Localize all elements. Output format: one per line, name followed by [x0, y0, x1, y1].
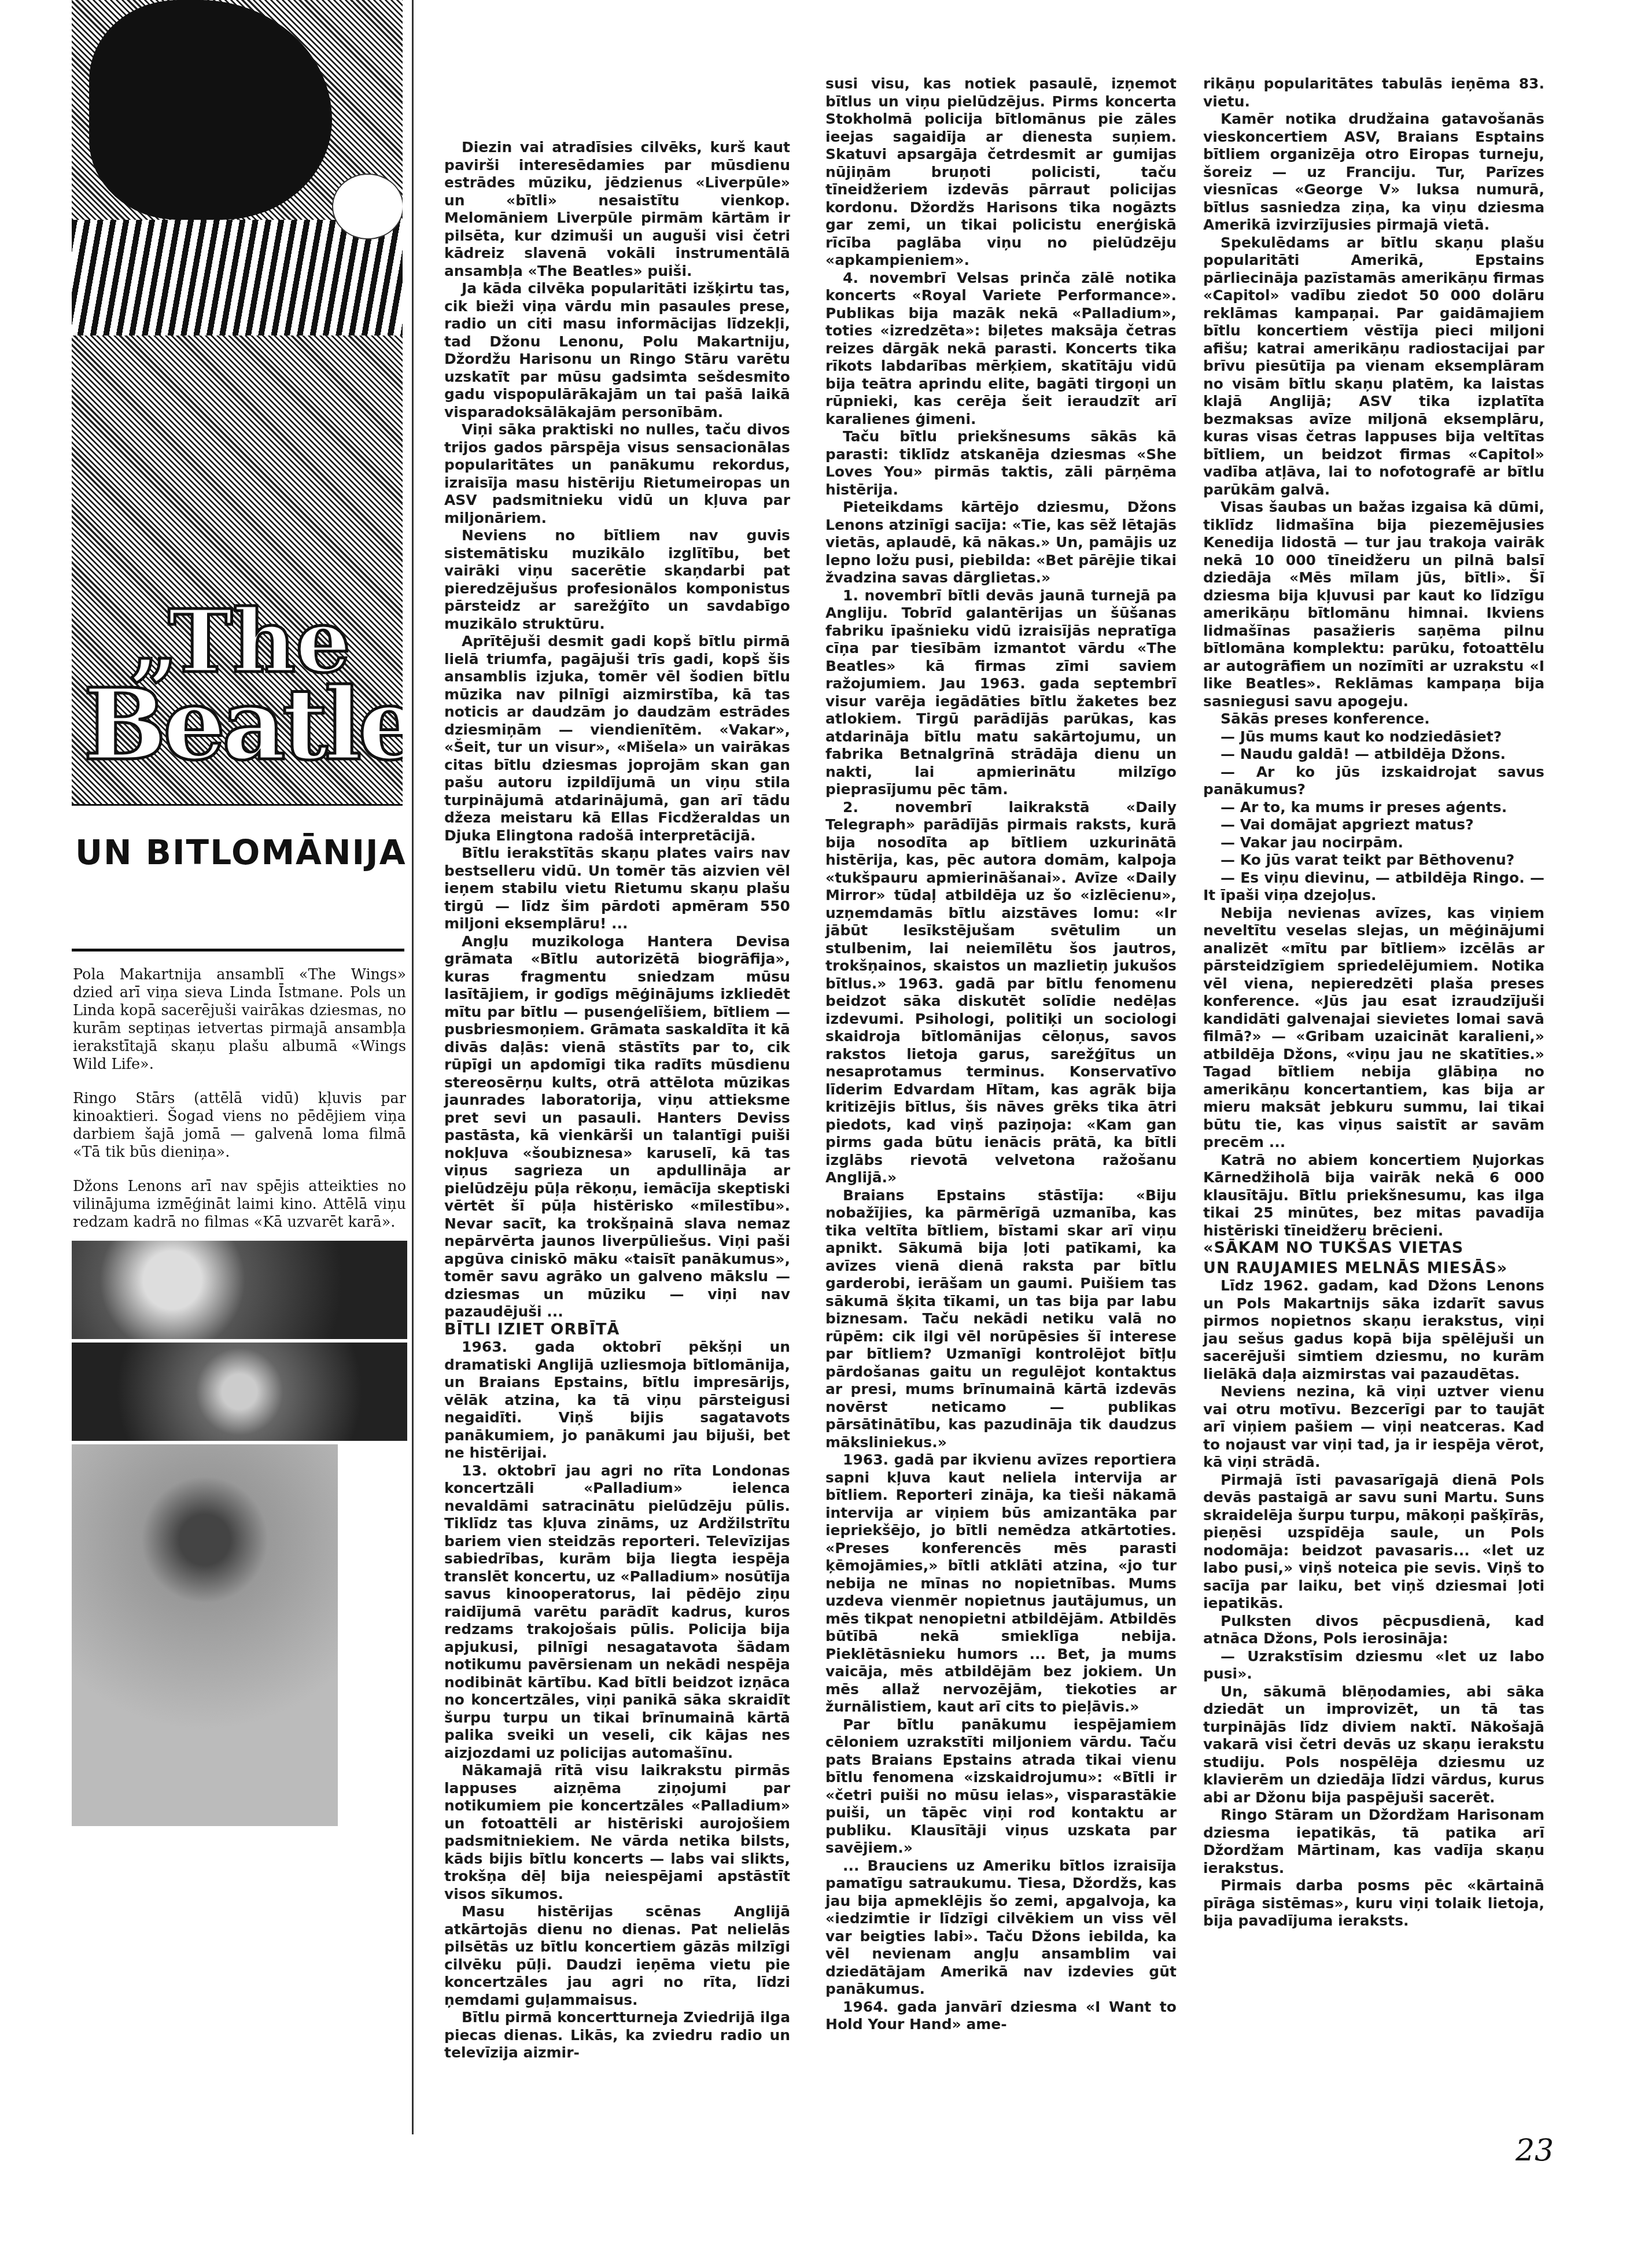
paragraph: Diezin vai atradīsies cilvēks, kurš kaut… — [444, 139, 790, 280]
paragraph: Neviens nezina, kā viņi uztver vienu vai… — [1203, 1383, 1544, 1472]
paragraph: Taču bītlu priekšnesums sākās kā parasti… — [825, 428, 1177, 499]
page-number: 23 — [1516, 2133, 1554, 2168]
paragraph: rikāņu popularitātes tabulās ieņēma 83. … — [1203, 75, 1544, 110]
flower-drawing — [332, 174, 403, 239]
paragraph: Neviens no bītliem nav guvis sistemātisk… — [444, 527, 790, 633]
logo-beatles: Beatles — [83, 681, 397, 769]
paragraph: Viņi sāka praktiski no nulles, taču divo… — [444, 421, 790, 527]
dialogue-line: — Ar to, ka mums ir preses aģents. — [1203, 799, 1544, 817]
section-heading-line-1: «SĀKAM NO TUKŠAS VIETAS — [1203, 1240, 1544, 1257]
dialogue-line: — Uzrakstīsim dziesmu «let uz labo pusi»… — [1203, 1648, 1544, 1683]
paragraph: Nebija nevienas avīzes, kas viņiem nevel… — [1203, 905, 1544, 1152]
paragraph: Braians Epstains stāstīja: «Biju nobažīj… — [825, 1187, 1177, 1452]
section-heading: BĪTLI IZIET ORBĪTĀ — [444, 1321, 790, 1339]
caption-john: Džons Lenons arī nav spējis atteikties n… — [73, 1178, 406, 1231]
paragraph: Aprītējuši desmit gadi kopš bītlu pirmā … — [444, 633, 790, 844]
paragraph: Ringo Stāram un Džordžam Harisonam dzies… — [1203, 1806, 1544, 1877]
paragraph: Masu histērijas scēnas Anglijā atkārtojā… — [444, 1903, 790, 2009]
paragraph: 2. novembrī laikrakstā «Daily Telegraph»… — [825, 799, 1177, 1187]
paragraph: Spekulēdams ar bītlu skaņu plašu popular… — [1203, 234, 1544, 499]
paragraph: Katrā no abiem koncertiem Ņujorkas Kārne… — [1203, 1152, 1544, 1240]
illustration-hair-stripes — [72, 220, 403, 335]
paragraph: Bītlu ierakstītās skaņu plates vairs nav… — [444, 844, 790, 933]
section-heading-line-2: UN RAUJAMIES MELNĀS MIESĀS» — [1203, 1260, 1544, 1278]
photo-paul-and-linda — [72, 1241, 407, 1339]
paragraph: 13. oktobrī jau agri no rīta Londonas ko… — [444, 1462, 790, 1762]
photo-john — [72, 1444, 338, 1826]
photo-stack — [72, 1241, 407, 1826]
caption-paul: Pola Makartnija ansamblī «The Wings» dzi… — [73, 966, 406, 1074]
paragraph: Pirmais darba posms pēc «kārtainā pīrāga… — [1203, 1877, 1544, 1930]
dialogue-line: — Ko jūs varat teikt par Bēthovenu? — [1203, 851, 1544, 869]
paragraph: Sākās preses konference. — [1203, 710, 1544, 728]
dialogue-line: — Vakar jau nocirpām. — [1203, 834, 1544, 852]
paragraph: 1964. gada janvārī dziesma «I Want to Ho… — [825, 1998, 1177, 2034]
the-beatles-logo: „The Beatles — [83, 603, 397, 769]
paragraph: Pieteikdams kārtējo dziesmu, Džons Lenon… — [825, 499, 1177, 587]
paragraph: Un, sākumā blēņodamies, abi sāka dziedāt… — [1203, 1683, 1544, 1807]
paragraph: Par bītlu panākumu iespējamiem cēloniem … — [825, 1716, 1177, 1857]
photo-captions: Pola Makartnija ansamblī «The Wings» dzi… — [73, 966, 406, 1248]
column-divider — [412, 0, 414, 2134]
paragraph: Līdz 1962. gadam, kad Džons Lenons un Po… — [1203, 1277, 1544, 1383]
dialogue-line: — Jūs mums kaut ko nodziedāsiet? — [1203, 728, 1544, 746]
caption-ringo: Ringo Stārs (attēlā vidū) kļuvis par kin… — [73, 1090, 406, 1161]
paragraph: 1963. gadā par ikvienu avīzes reportiera… — [825, 1451, 1177, 1716]
beatles-illustration: „The Beatles — [72, 0, 403, 806]
dialogue-line: — Ar ko jūs izskaidrojat savus panākumus… — [1203, 764, 1544, 799]
paragraph: Ja kāda cilvēka popularitāti izšķirtu ta… — [444, 280, 790, 421]
page-title: UN BITLOMĀNIJA — [75, 833, 407, 872]
paragraph: Angļu muzikologa Hantera Devisa grāmata … — [444, 933, 790, 1321]
dialogue-line: — Es viņu dievinu, — atbildēja Ringo. — … — [1203, 869, 1544, 905]
title-divider — [72, 949, 404, 952]
paragraph: ... Brauciens uz Ameriku bītlos izraisīj… — [825, 1857, 1177, 1998]
paragraph: Bītlu pirmā koncertturneja Zviedrijā ilg… — [444, 2009, 790, 2062]
paragraph: susi visu, kas notiek pasaulē, izņemot b… — [825, 75, 1177, 270]
paragraph: Nākamajā rītā visu laikrakstu pirmās lap… — [444, 1762, 790, 1903]
article-column-1: Diezin vai atradīsies cilvēks, kurš kaut… — [444, 23, 790, 2062]
paragraph: 1. novembrī bītli devās jaunā turnejā pa… — [825, 587, 1177, 799]
article-column-3: rikāņu popularitātes tabulās ieņēma 83. … — [1203, 23, 1544, 1930]
photo-ringo — [72, 1343, 407, 1441]
dialogue-line: — Vai domājat apgriezt matus? — [1203, 816, 1544, 834]
paragraph: Pirmajā īsti pavasarīgajā dienā Pols dev… — [1203, 1472, 1544, 1613]
dialogue-line: — Naudu galdā! — atbildēja Džons. — [1203, 746, 1544, 764]
paragraph: Pulksten divos pēcpusdienā, kad atnāca D… — [1203, 1613, 1544, 1648]
paragraph: 4. novembrī Velsas prinča zālē notika ko… — [825, 270, 1177, 429]
paragraph: 1963. gada oktobrī pēkšņi un dramatiski … — [444, 1338, 790, 1462]
article-column-2: susi visu, kas notiek pasaulē, izņemot b… — [825, 23, 1177, 2034]
paragraph: Kamēr notika drudžaina gatavošanās viesk… — [1203, 110, 1544, 234]
illustration-face-shading — [89, 0, 332, 220]
paragraph: Visas šaubas un bažas izgaisa kā dūmi, t… — [1203, 499, 1544, 710]
